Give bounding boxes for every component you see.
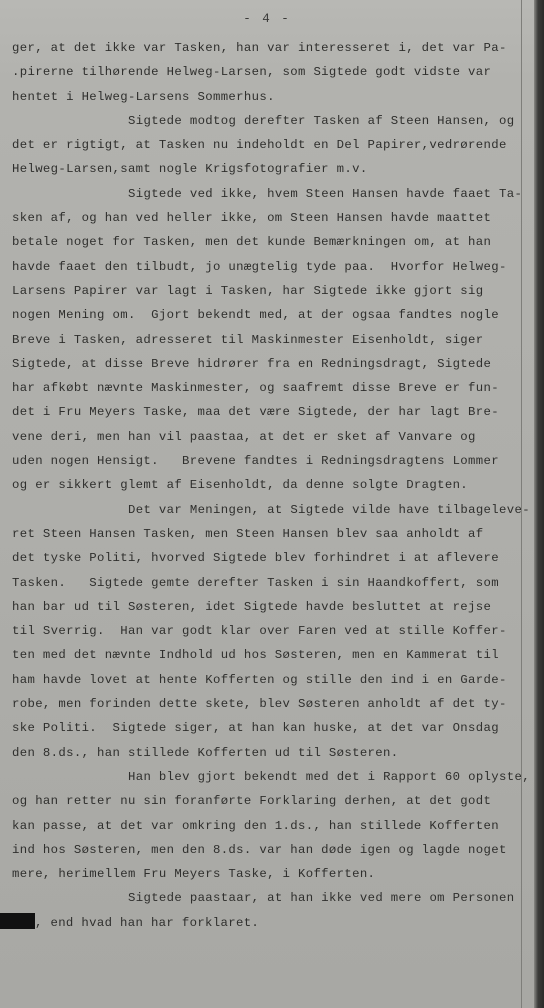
text-line: vene deri, men han vil paastaa, at det e… [12,425,532,449]
text-line: uden nogen Hensigt. Brevene fandtes i Re… [12,449,532,473]
text-line: Det var Meningen, at Sigtede vilde have … [12,498,532,522]
text-line: Breve i Tasken, adresseret til Maskinmes… [12,328,532,352]
text-line: kan passe, at det var omkring den 1.ds.,… [12,814,532,838]
text-line: det tyske Politi, hvorved Sigtede blev f… [12,546,532,570]
text-line: Tasken. Sigtede gemte derefter Tasken i … [12,571,532,595]
text-line: Helweg-Larsen,samt nogle Krigsfotografie… [12,157,532,181]
text-line: havde faaet den tilbudt, jo unægtelig ty… [12,255,532,279]
text-line: og han retter nu sin foranførte Forklari… [12,789,532,813]
text-line: ham havde lovet at hente Kofferten og st… [12,668,532,692]
text-line: Sigtede ved ikke, hvem Steen Hansen havd… [12,182,532,206]
text-line: mere, herimellem Fru Meyers Taske, i Kof… [12,862,532,886]
text-line: og er sikkert glemt af Eisenholdt, da de… [12,473,532,497]
text-line: ret Steen Hansen Tasken, men Steen Hanse… [12,522,532,546]
text-line: ten med det nævnte Indhold ud hos Søster… [12,643,532,667]
text-line: ger, at det ikke var Tasken, han var int… [12,36,532,60]
text-line-tail: , end hvad han har forklaret. [35,916,259,930]
text-line: .pirerne tilhørende Helweg-Larsen, som S… [12,60,532,84]
text-line: han bar ud til Søsteren, idet Sigtede ha… [12,595,532,619]
text-line: nogen Mening om. Gjort bekendt med, at d… [12,303,532,327]
text-line: det er rigtigt, at Tasken nu indeholdt e… [12,133,532,157]
text-line: betale noget for Tasken, men det kunde B… [12,230,532,254]
text-line: ske Politi. Sigtede siger, at han kan hu… [12,716,532,740]
text-line: Sigtede paastaar, at han ikke ved mere o… [12,886,532,910]
text-line: Sigtede, at disse Breve hidrører fra en … [12,352,532,376]
text-line: Han blev gjort bekendt med det i Rapport… [12,765,532,789]
text-line: Larsens Papirer var lagt i Tasken, har S… [12,279,532,303]
binding-edge [534,0,544,1008]
page-edge-line [521,0,522,1008]
text-line: sken af, og han ved heller ikke, om Stee… [12,206,532,230]
text-line-redacted: , end hvad han har forklaret. [12,911,532,935]
redaction-block [0,913,35,929]
text-line: det i Fru Meyers Taske, maa det være Sig… [12,400,532,424]
typewritten-page: - 4 - ger, at det ikke var Tasken, han v… [0,0,534,1008]
text-line: robe, men forinden dette skete, blev Søs… [12,692,532,716]
text-line: hentet i Helweg-Larsens Sommerhus. [12,85,532,109]
document-body: ger, at det ikke var Tasken, han var int… [12,36,532,935]
page-number: - 4 - [0,12,534,26]
text-line: den 8.ds., han stillede Kofferten ud til… [12,741,532,765]
text-line: Sigtede modtog derefter Tasken af Steen … [12,109,532,133]
text-line: til Sverrig. Han var godt klar over Fare… [12,619,532,643]
text-line: ind hos Søsteren, men den 8.ds. var han … [12,838,532,862]
text-line: har afkøbt nævnte Maskinmester, og saafr… [12,376,532,400]
